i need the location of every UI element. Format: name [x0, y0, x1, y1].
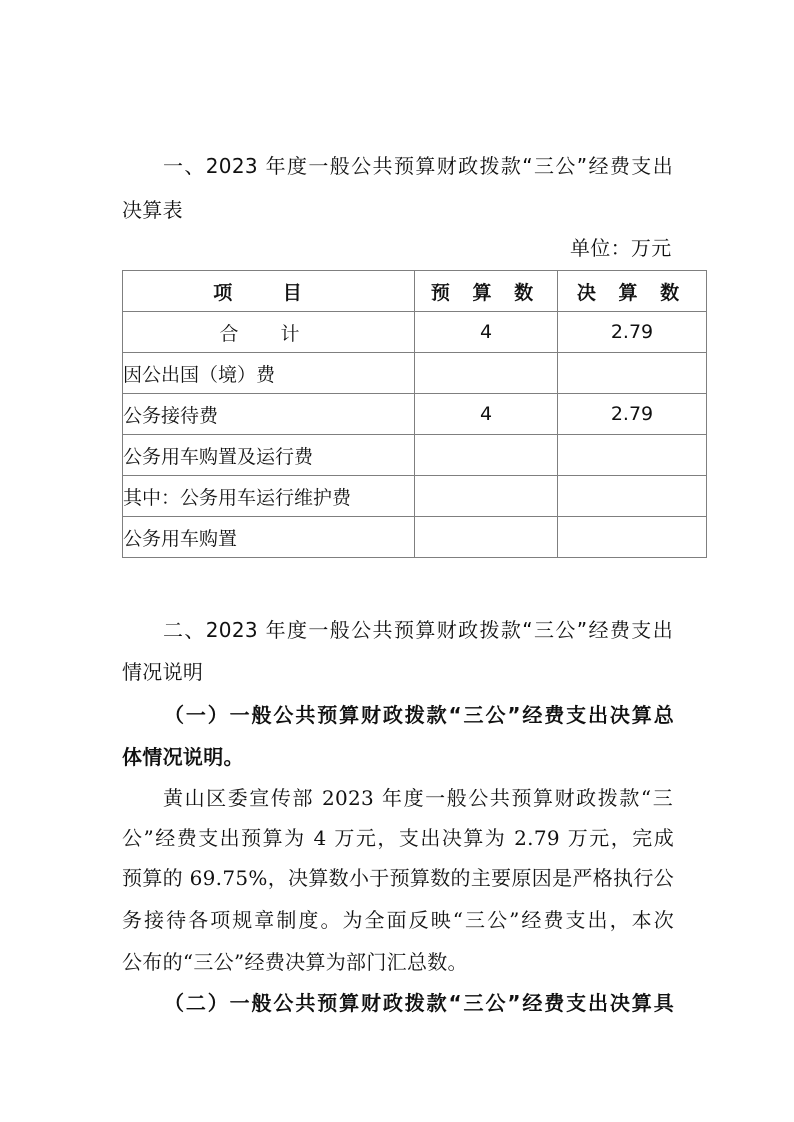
header-final: 决 算 数: [558, 271, 707, 312]
row-item: 公务用车购置及运行费: [123, 435, 415, 476]
row-final: [558, 476, 707, 517]
section2-heading-line2: 情况说明: [122, 657, 203, 687]
row-budget: 4: [415, 394, 558, 435]
header-budget: 预 算 数: [415, 271, 558, 312]
subsection2-heading-line1: （二）一般公共预算财政拨款“三公”经费支出决算具: [164, 988, 674, 1018]
paragraph-line-2: 公”经费支出预算为 4 万元，支出决算为 2.79 万元，完成: [122, 823, 674, 853]
paragraph-line-1: 黄山区委宣传部 2023 年度一般公共预算财政拨款“三: [163, 783, 673, 813]
row-budget: [415, 476, 558, 517]
subsection1-heading-line2: 体情况说明。: [122, 742, 244, 772]
table-row: 公务接待费 4 2.79: [123, 394, 707, 435]
row-item: 因公出国（境）费: [123, 353, 415, 394]
row-final: [558, 435, 707, 476]
row-final: 2.79: [558, 394, 707, 435]
row-final: [558, 353, 707, 394]
table-row-total: 合 计 4 2.79: [123, 312, 707, 353]
row-budget: [415, 435, 558, 476]
unit-label: 单位：万元: [570, 233, 672, 263]
section1-heading-line2: 决算表: [122, 195, 183, 225]
table-row: 公务用车购置: [123, 517, 707, 558]
row-item: 公务接待费: [123, 394, 415, 435]
section1-heading-line1: 一、2023 年度一般公共预算财政拨款“三公”经费支出: [163, 151, 673, 181]
table-row: 公务用车购置及运行费: [123, 435, 707, 476]
row-item: 其中：公务用车运行维护费: [123, 476, 415, 517]
row-final: 2.79: [558, 312, 707, 353]
three-public-expenses-table: 项 目 预 算 数 决 算 数 合 计 4 2.79 因公出国（境）费 公务接待…: [122, 270, 707, 558]
paragraph-line-5: 公布的“三公”经费决算为部门汇总数。: [122, 947, 468, 977]
row-item: 公务用车购置: [123, 517, 415, 558]
row-item: 合 计: [123, 312, 415, 353]
row-budget: [415, 353, 558, 394]
table-row: 因公出国（境）费: [123, 353, 707, 394]
section2-heading-line1: 二、2023 年度一般公共预算财政拨款“三公”经费支出: [163, 615, 673, 645]
header-item: 项 目: [123, 271, 415, 312]
paragraph-line-4: 务接待各项规章制度。为全面反映“三公”经费支出，本次: [122, 905, 674, 935]
table-header-row: 项 目 预 算 数 决 算 数: [123, 271, 707, 312]
paragraph-line-3: 预算的 69.75%，决算数小于预算数的主要原因是严格执行公: [122, 863, 674, 893]
row-budget: [415, 517, 558, 558]
row-final: [558, 517, 707, 558]
subsection1-heading-line1: （一）一般公共预算财政拨款“三公”经费支出决算总: [164, 700, 674, 730]
row-budget: 4: [415, 312, 558, 353]
table-row: 其中：公务用车运行维护费: [123, 476, 707, 517]
